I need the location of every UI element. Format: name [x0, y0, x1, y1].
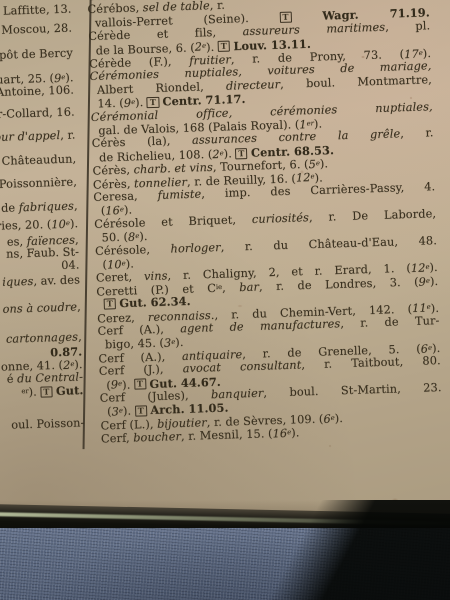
left-column: s, r. Laffitte, 13., de Moscou, 28.ntrep…: [0, 0, 88, 537]
corner-shadow: [200, 500, 450, 600]
telephone-icon: T: [218, 41, 230, 52]
book-photo: s, r. Laffitte, 13., de Moscou, 28.ntrep…: [0, 0, 450, 600]
left-column-fragment: 04.: [61, 258, 80, 272]
left-column-fragment: s, r. Laffitte, 13.: [0, 3, 72, 19]
telephone-icon: T: [135, 405, 147, 416]
directory-page-paper: s, r. Laffitte, 13., de Moscou, 28.ntrep…: [0, 0, 450, 524]
left-column-fragment: yer-Collard, 16.: [0, 105, 75, 121]
left-column-fragment: cartonnages,: [6, 330, 82, 345]
telephone-icon: T: [40, 386, 52, 397]
right-column: CéréCérébos, sel de table, r.vallois-Per…: [87, 0, 445, 529]
left-column-fragment: ons à coudre,: [2, 300, 81, 315]
telephone-icon: T: [134, 379, 146, 390]
left-column-fragment: St-Antoine, 106.: [0, 83, 74, 99]
left-column-fragment: iques, av. des: [2, 273, 80, 288]
telephone-icon: T: [147, 97, 159, 108]
telephone-icon: T: [235, 148, 247, 159]
left-column-fragment: e Châteaudun,: [0, 152, 76, 168]
left-column-fragment: er). T Gut.: [21, 383, 83, 398]
left-column-fragment: our d'appel, r.: [0, 128, 76, 144]
left-column-fragment: , de Moscou, 28.: [0, 21, 72, 37]
left-column-fragment: ries, 20. (10e).: [0, 216, 78, 232]
left-column-fragment: Poissonnière,: [0, 175, 77, 190]
left-column-fragment: ntrepôt de Bercy: [0, 46, 73, 62]
telephone-icon: T: [279, 11, 291, 22]
left-column-fragment: oul. Poisson-: [11, 416, 85, 431]
telephone-icon: T: [104, 298, 116, 309]
printed-page-content: s, r. Laffitte, 13., de Moscou, 28.ntrep…: [0, 0, 450, 532]
left-column-fragment: de fabriques,: [1, 199, 78, 214]
